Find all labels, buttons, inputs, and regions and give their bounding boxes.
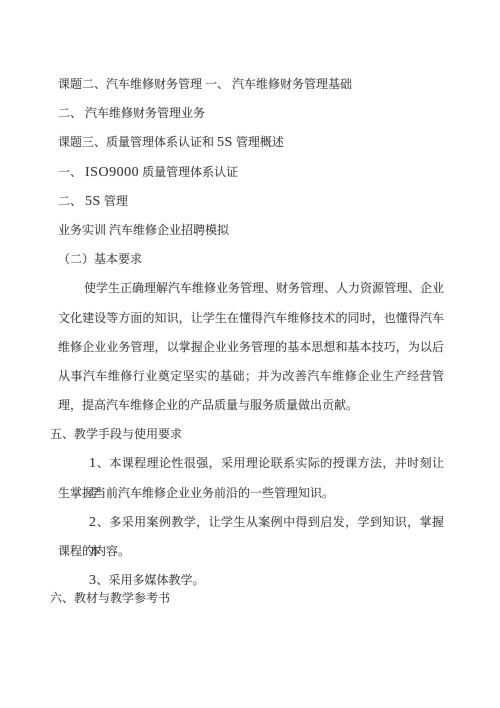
document-line: 理，提高汽车维修企业的产品质量与服务质量做出贡献。 [58, 391, 444, 420]
document-line: （二）基本要求 [58, 245, 444, 274]
document-page: 课题二、汽车维修财务管理 一、 汽车维修财务管理基础二、 汽车维修财务管理业务课… [0, 0, 500, 708]
document-line: 六、教材与教学参考书 [50, 584, 436, 613]
document-line: 二、 5S 管理 [58, 187, 444, 216]
document-line: 课程的内容。 [58, 537, 444, 566]
latin-text: 5S [217, 135, 233, 150]
document-line: 课题二、汽车维修财务管理 一、 汽车维修财务管理基础 [58, 70, 444, 99]
document-line: 生掌握当前汽车维修企业业务前沿的一些管理知识。 [58, 479, 444, 508]
latin-text: 2 [89, 515, 97, 530]
document-line: 课题三、质量管理体系认证和 5S 管理概述 [58, 128, 444, 157]
document-line: 2、多采用案例教学，让学生从案例中得到启发，学到知识，掌握本 [58, 508, 444, 537]
document-line: 使学生正确理解汽车维修业务管理、财务管理、人力资源管理、企业 [58, 274, 444, 303]
latin-text: 5S [85, 194, 101, 209]
document-line: 业务实训 汽车维修企业招聘模拟 [58, 216, 444, 245]
document-line: 维修企业业务管理，以掌握企业业务管理的基本思想和基本技巧，为以后 [58, 333, 444, 362]
latin-text: 1 [89, 456, 97, 471]
document-text-column: 课题二、汽车维修财务管理 一、 汽车维修财务管理基础二、 汽车维修财务管理业务课… [58, 70, 444, 614]
document-line: 1、本课程理论性很强，采用理论联系实际的授课方法，并时刻让学 [58, 449, 444, 478]
document-line: 五、教学手段与使用要求 [50, 420, 436, 449]
latin-text: ISO9000 [85, 165, 139, 180]
document-line: 二、 汽车维修财务管理业务 [58, 99, 444, 128]
document-line: 一、 ISO9000 质量管理体系认证 [58, 158, 444, 187]
document-line: 文化建设等方面的知识，让学生在懂得汽车维修技术的同时，也懂得汽车 [58, 304, 444, 333]
document-line: 从事汽车维修行业奠定坚实的基础；并为改善汽车维修企业生产经营管 [58, 362, 444, 391]
